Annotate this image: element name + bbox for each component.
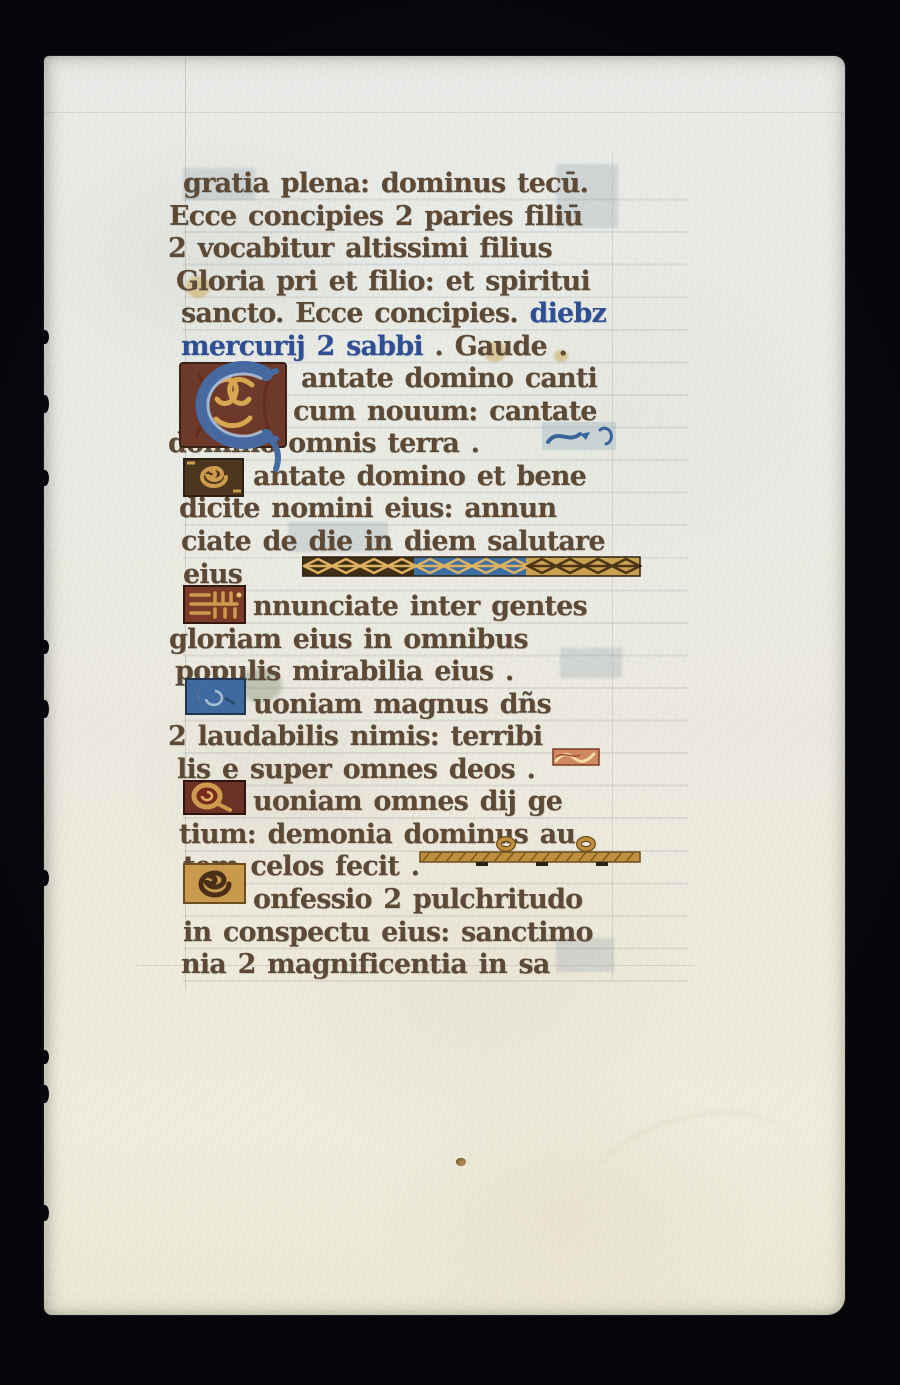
latin-text: antate domino canti <box>301 363 597 394</box>
text-line: populis mirabilia eius . <box>175 656 688 689</box>
text-line: onfessio 2 pulchritudo <box>253 884 688 917</box>
latin-text: sancto. Ecce concipies. <box>181 298 530 329</box>
edge-notch <box>41 1085 49 1103</box>
latin-text: nia 2 magnificentia in sa <box>181 949 550 980</box>
latin-text: Ecce concipies 2 paries filiū <box>169 201 582 232</box>
gold-dot <box>237 593 242 598</box>
text-line: dicite nomini eius: annun <box>179 493 688 526</box>
initial-ground <box>186 679 245 714</box>
latin-text: dicite nomini eius: annun <box>179 493 556 524</box>
text-line: lis e super omnes deos . <box>177 754 688 787</box>
text-line: 2 vocabitur altissimi filius <box>168 233 688 266</box>
illuminated-initial-C-small-icon <box>183 458 245 498</box>
text-line: cum nouum: cantate <box>293 396 688 429</box>
brown-speck <box>456 1158 466 1166</box>
text-line: antate domino canti <box>301 363 688 396</box>
letter-tail <box>270 439 278 469</box>
text-line: Gloria pri et filio: et spiritui <box>176 266 688 299</box>
rubric-text: diebz <box>530 298 607 329</box>
latin-text: uoniam magnus dñs <box>253 689 551 720</box>
vellum-vein <box>572 1090 816 1265</box>
text-line: nia 2 magnificentia in sa <box>181 949 688 982</box>
text-line: sancto. Ecce concipies. diebz <box>181 298 688 331</box>
text-line: ciate de die in diem salutare <box>181 526 688 559</box>
line-filler-sprig-icon <box>542 420 618 454</box>
text-line: gloriam eius in omnibus <box>169 624 688 657</box>
line-filler-gold-branch-icon <box>418 836 644 868</box>
edge-notch <box>41 640 49 654</box>
latin-text: uoniam omnes dij ge <box>253 786 562 817</box>
dark-tab <box>536 862 548 866</box>
latin-text: 2 vocabitur altissimi filius <box>168 233 552 264</box>
latin-text: Gloria pri et filio: et spiritui <box>176 266 590 297</box>
text-line: Ecce concipies 2 paries filiū <box>169 201 688 234</box>
text-line: nnunciate inter gentes <box>253 591 688 624</box>
latin-text: ciate de die in diem salutare <box>181 526 605 557</box>
edge-notch <box>41 1205 49 1221</box>
latin-text: nnunciate inter gentes <box>253 591 587 622</box>
text-line: uoniam omnes dij ge <box>253 786 688 819</box>
illuminated-initial-Q-small-icon <box>185 678 247 716</box>
manuscript-leaf: gratia plena: dominus tecū. Ecce concipi… <box>44 56 845 1315</box>
edge-notch <box>41 330 49 344</box>
illuminated-initial-C-icon <box>178 361 296 473</box>
rubric-text: mercurij 2 sabbi <box>181 331 423 362</box>
illuminated-initial-C-small-icon <box>183 863 247 905</box>
gold-dot <box>230 392 237 399</box>
latin-text: antate domino et bene <box>253 461 586 492</box>
latin-text: 2 laudabilis nimis: terribi <box>168 721 542 752</box>
latin-text: onfessio 2 pulchritudo <box>253 884 582 915</box>
edge-notch <box>41 470 49 486</box>
edge-notch <box>41 700 49 718</box>
latin-text: in conspectu eius: sanctimo <box>183 917 593 948</box>
edge-notch <box>41 870 49 886</box>
dark-tab <box>476 862 488 866</box>
latin-text: gratia plena: dominus tecū. <box>183 168 588 199</box>
text-line: gratia plena: dominus tecū. <box>183 168 688 201</box>
photo-background: gratia plena: dominus tecū. Ecce concipi… <box>0 0 900 1385</box>
line-filler-red-wave-icon <box>552 746 602 768</box>
illuminated-initial-Q-small-icon <box>183 780 247 816</box>
dark-tab <box>596 862 608 866</box>
edge-notch <box>41 1050 49 1064</box>
line-filler-lattice-bar-icon <box>302 556 642 578</box>
text-line: mercurij 2 sabbi . Gaude . <box>181 331 688 364</box>
text-line: in conspectu eius: sanctimo <box>183 917 688 950</box>
text-line: antate domino et bene <box>253 461 688 494</box>
text-line: uoniam magnus dñs <box>253 689 688 722</box>
text-line: 2 laudabilis nimis: terribi <box>168 721 688 754</box>
illuminated-initial-A-small-icon <box>183 585 247 625</box>
edge-notch <box>41 395 49 413</box>
latin-text: . Gaude . <box>423 331 567 362</box>
latin-text: gloriam eius in omnibus <box>169 624 528 655</box>
ruling-line-horizontal-top <box>46 112 842 113</box>
